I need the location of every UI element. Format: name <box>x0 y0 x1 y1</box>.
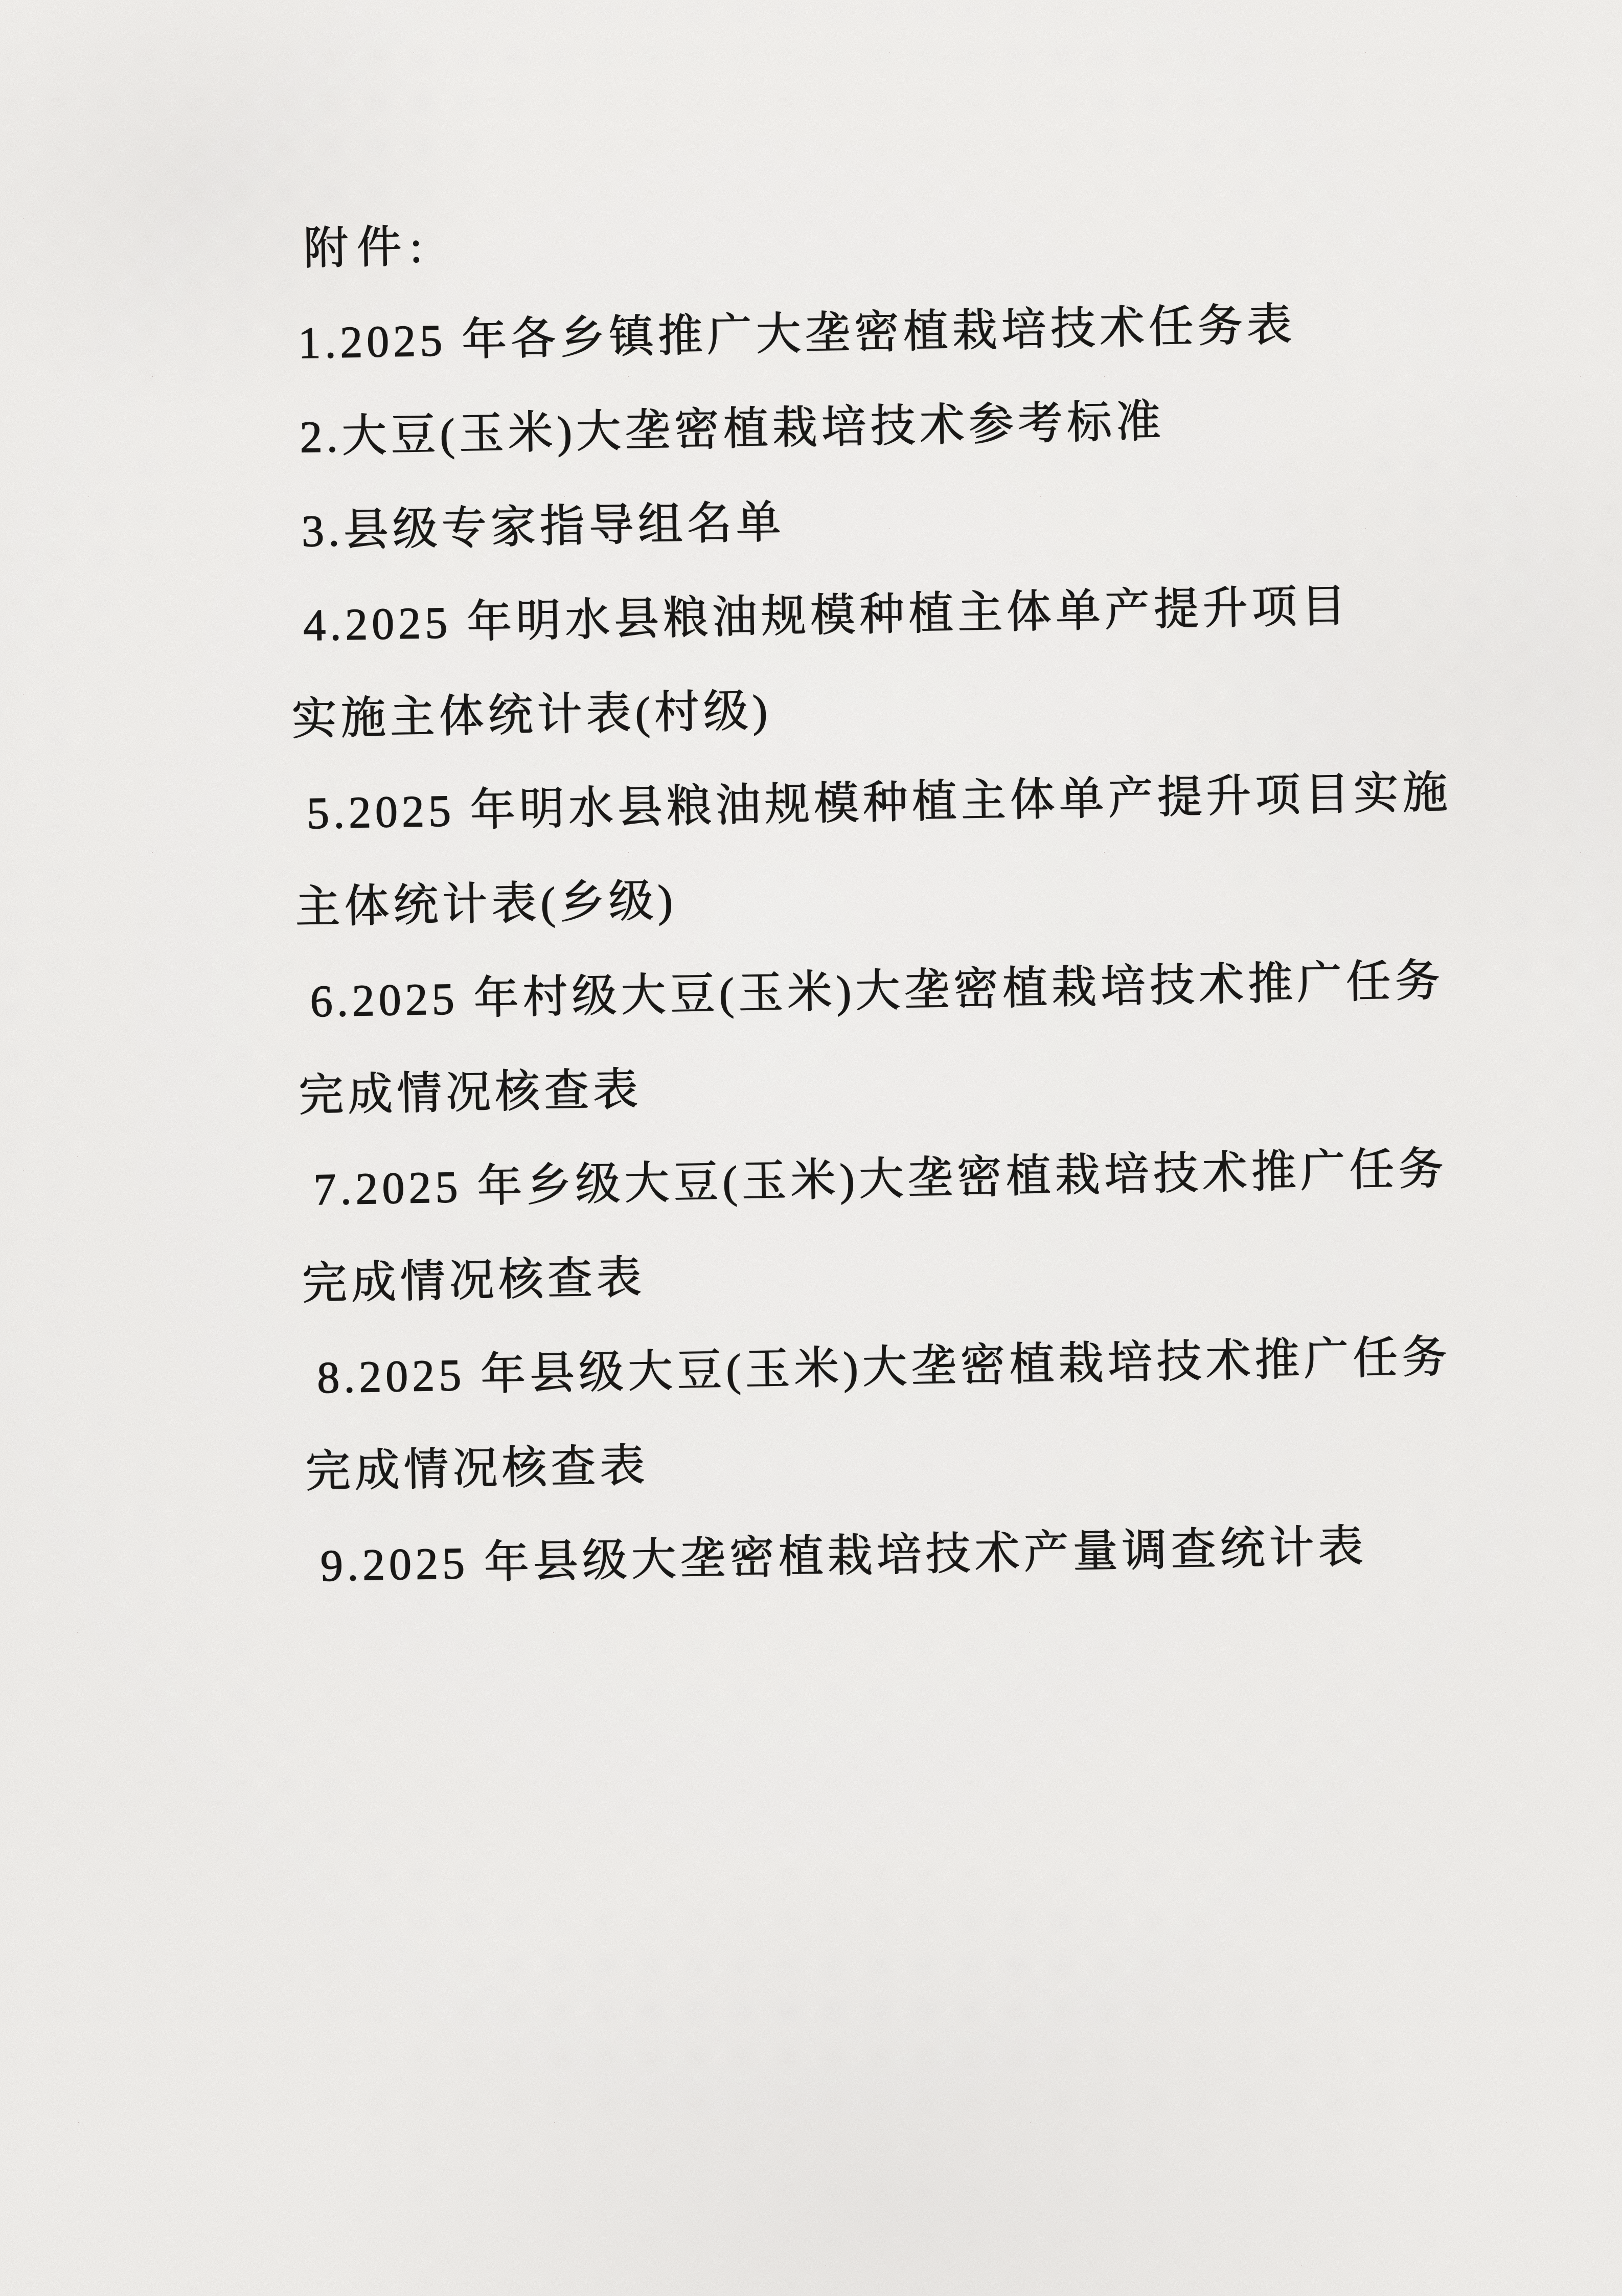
attachment-list: 附件: 1.2025 年各乡镇推广大垄密植栽培技术任务表2.大豆(玉米)大垄密植… <box>282 175 1575 1609</box>
attachment-items: 1.2025 年各乡镇推广大垄密植栽培技术任务表2.大豆(玉米)大垄密植栽培技术… <box>284 269 1575 1609</box>
scanned-document-page: 附件: 1.2025 年各乡镇推广大垄密植栽培技术任务表2.大豆(玉米)大垄密植… <box>0 0 1622 2296</box>
